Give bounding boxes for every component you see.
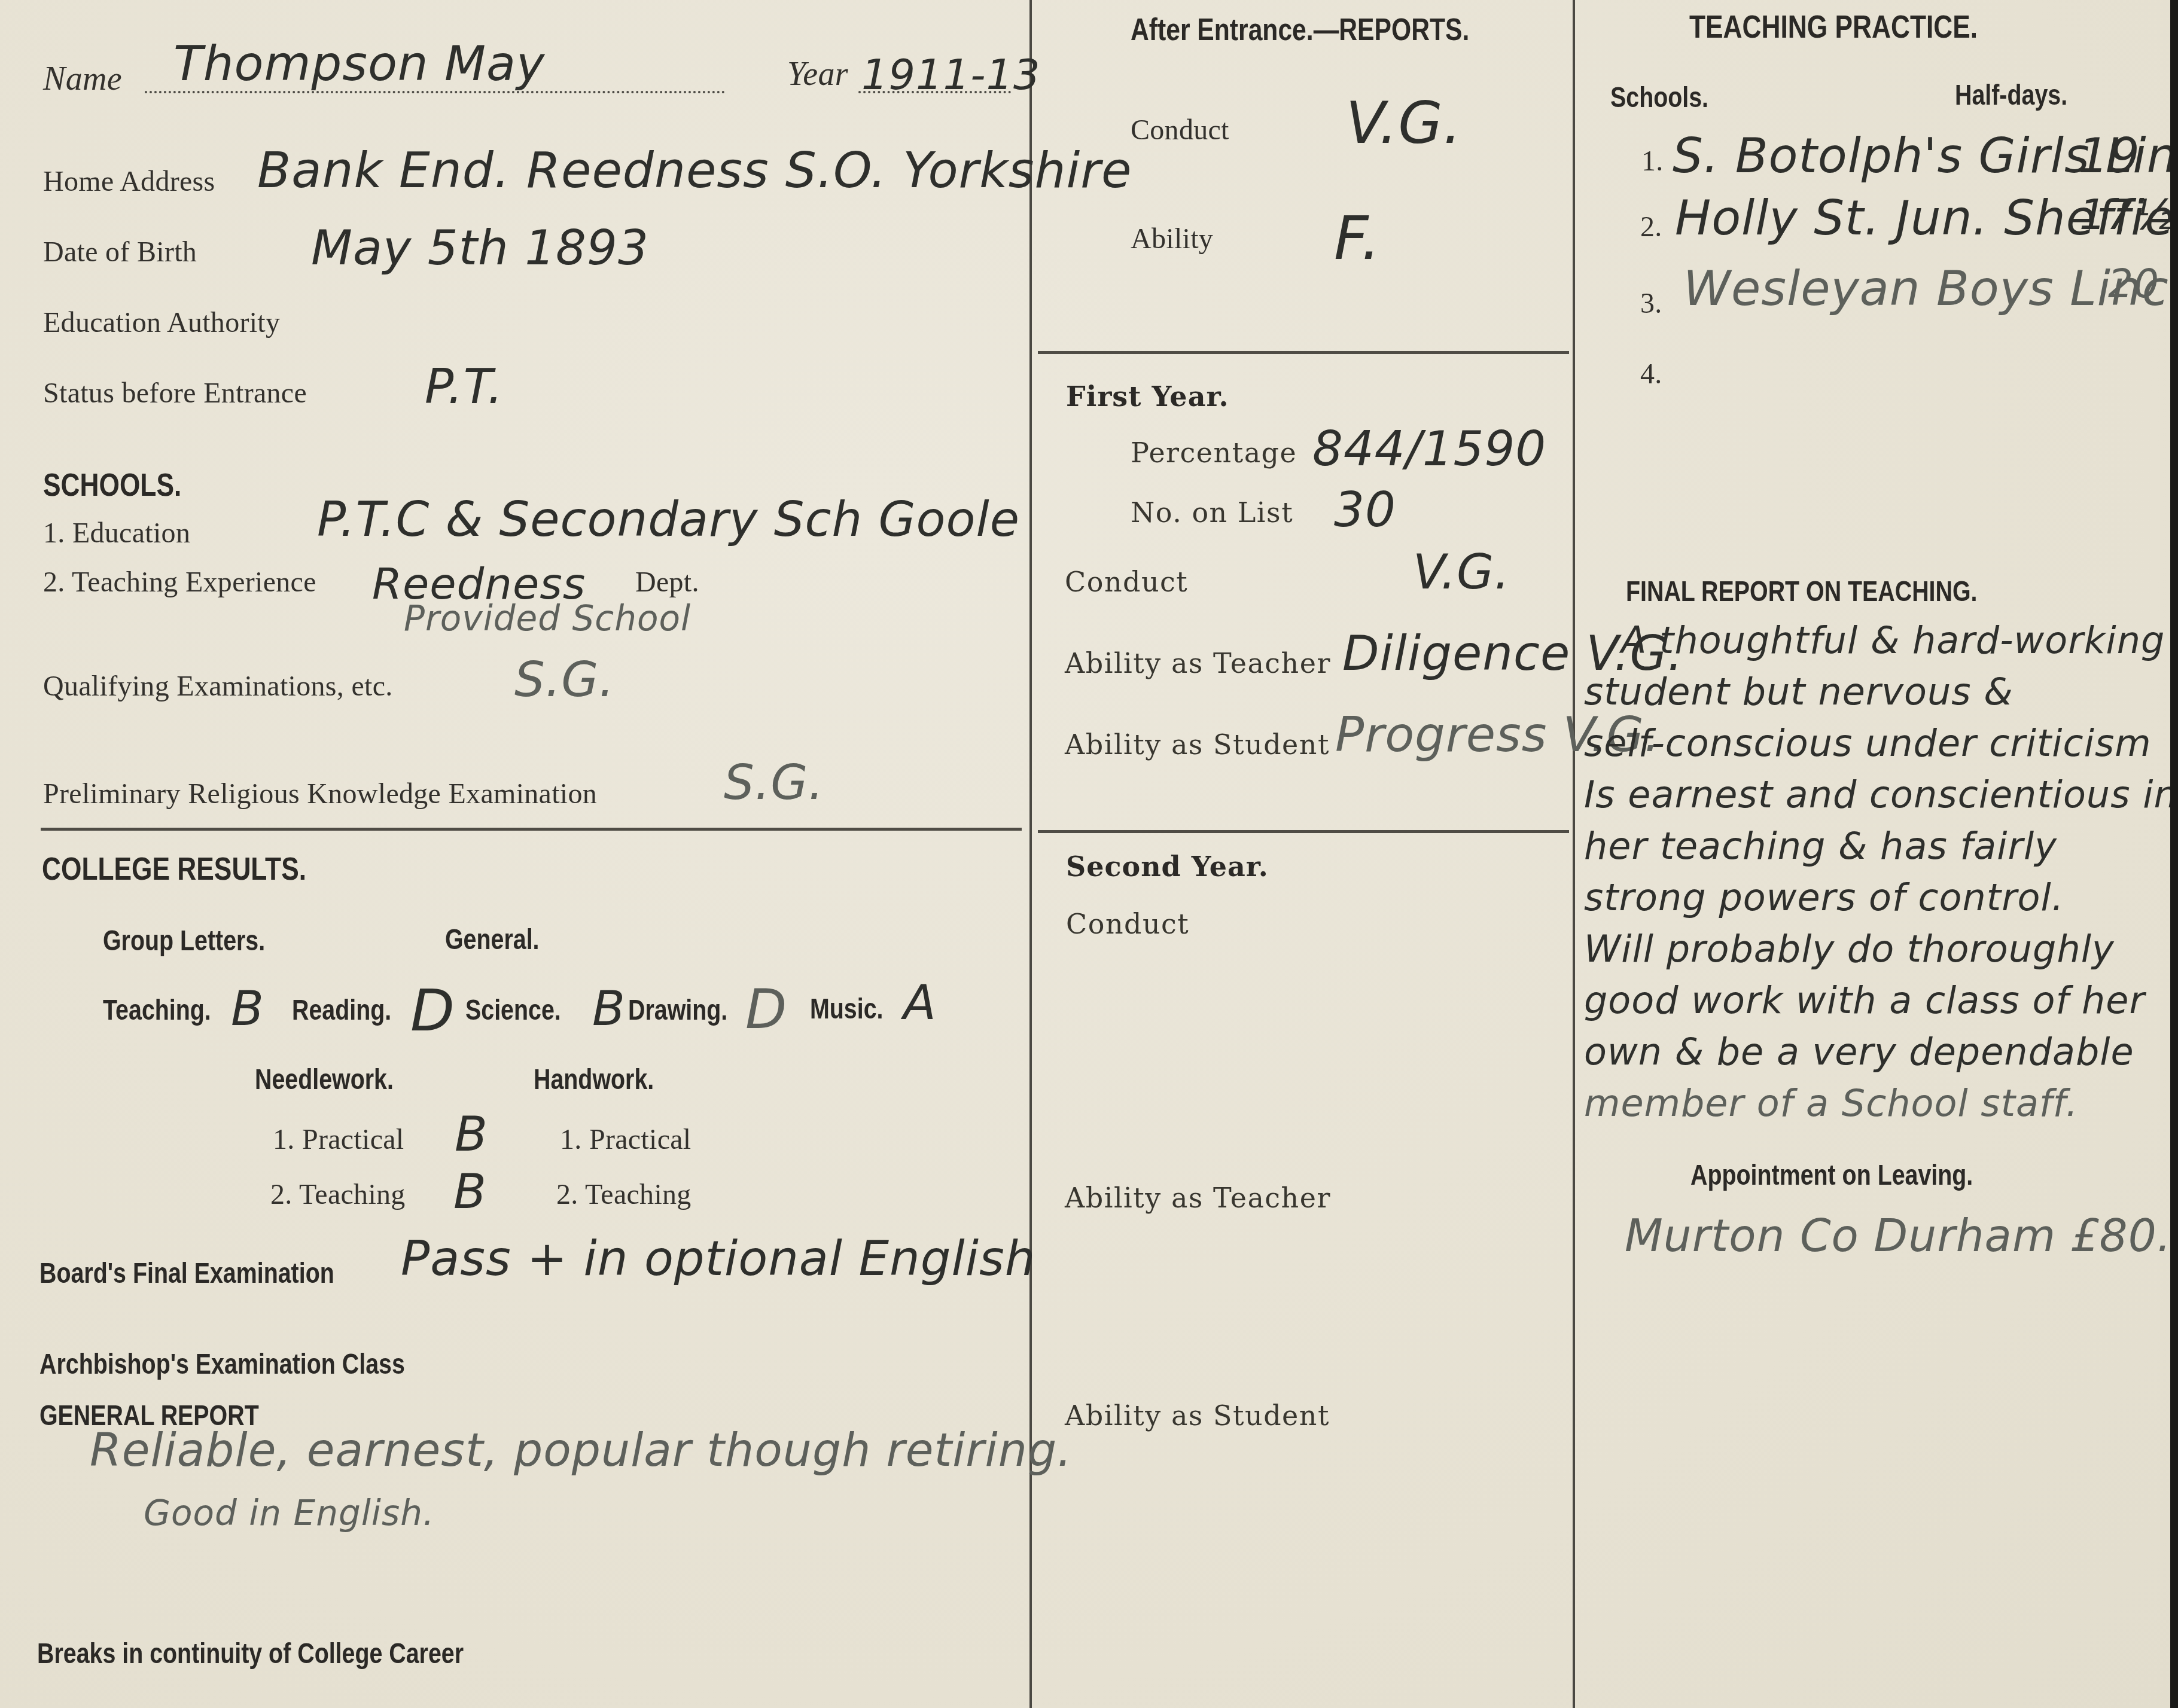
- first-year-student-label: Ability as Student: [1065, 728, 1330, 761]
- general-report-line-1: Reliable, earnest, popular though retiri…: [90, 1423, 1072, 1477]
- schools-heading: SCHOOLS.: [43, 466, 181, 504]
- final-report-heading: FINAL REPORT ON TEACHING.: [1626, 575, 1978, 608]
- home-address-label: Home Address: [43, 165, 215, 198]
- qualifying-exams-value: S.G.: [514, 652, 615, 707]
- breaks-continuity-label: Breaks in continuity of College Career: [37, 1637, 464, 1670]
- teaching-experience-value-2: Provided School: [404, 598, 691, 639]
- no-on-list-label: No. on List: [1131, 496, 1293, 529]
- handwork-label: Handwork.: [534, 1063, 654, 1096]
- needlework-teaching-grade: B: [453, 1164, 487, 1219]
- no-on-list-value: 30: [1334, 482, 1396, 538]
- year-value: 1911-13: [861, 50, 1040, 99]
- general-label: General.: [445, 923, 540, 956]
- handwork-practical-label: 1. Practical: [560, 1123, 692, 1156]
- subject-drawing-grade: D: [745, 978, 787, 1041]
- qualifying-exams-label: Qualifying Examinations, etc.: [43, 670, 393, 703]
- needlework-teaching-label: 2. Teaching: [270, 1178, 406, 1211]
- final-report-line-7: Will probably do thoroughly: [1584, 923, 2178, 975]
- education-authority-label: Education Authority: [43, 306, 280, 339]
- subject-music-grade: A: [903, 975, 937, 1030]
- card-right-edge-shadow: [2170, 0, 2178, 1708]
- after-entrance-conduct-value: V.G.: [1346, 90, 1462, 157]
- practice-row-3-halfdays: 20: [2108, 261, 2159, 307]
- final-report-line-1: A thoughtful & hard-working: [1584, 615, 2178, 666]
- after-entrance-conduct-label: Conduct: [1131, 114, 1229, 147]
- home-address-value: Bank End. Reedness S.O. Yorkshire: [257, 142, 1132, 199]
- practice-row-3-num: 3.: [1640, 287, 1662, 320]
- archbishop-exam-label: Archbishop's Examination Class: [39, 1348, 405, 1381]
- second-year-student-label: Ability as Student: [1065, 1399, 1330, 1432]
- after-entrance-ability-label: Ability: [1131, 222, 1213, 255]
- appointment-heading: Appointment on Leaving.: [1690, 1159, 1973, 1192]
- dob-value: May 5th 1893: [311, 220, 649, 276]
- left-section-divider: [41, 828, 1022, 831]
- final-report-line-2: student but nervous &: [1584, 666, 2178, 718]
- percentage-label: Percentage: [1131, 437, 1297, 469]
- college-results-heading: COLLEGE RESULTS.: [42, 850, 306, 887]
- final-report-line-5: her teaching & has fairly: [1584, 821, 2178, 872]
- after-entrance-ability-value: F.: [1334, 203, 1381, 273]
- subject-reading-grade: D: [410, 977, 455, 1044]
- column-divider-right: [1573, 0, 1575, 1708]
- prelim-religious-value: S.G.: [724, 755, 824, 810]
- dept-label: Dept.: [635, 566, 699, 599]
- final-report-text: A thoughtful & hard-working student but …: [1584, 615, 2178, 1129]
- group-letters-label: Group Letters.: [103, 925, 265, 957]
- practice-row-4-num: 4.: [1640, 358, 1662, 391]
- appointment-value: Murton Co Durham £80.: [1625, 1210, 2171, 1262]
- middle-divider-1: [1038, 351, 1569, 354]
- practice-row-1-num: 1.: [1641, 145, 1664, 178]
- practice-row-1-halfdays: 19: [2078, 128, 2140, 184]
- needlework-practical-grade: B: [455, 1106, 488, 1162]
- general-report-line-2: Good in English.: [144, 1493, 434, 1533]
- halfdays-column-label: Half-days.: [1955, 79, 2067, 112]
- subject-reading-label: Reading.: [292, 994, 391, 1027]
- subject-teaching-label: Teaching.: [103, 994, 211, 1027]
- second-year-conduct-label: Conduct: [1066, 908, 1189, 940]
- subject-drawing-label: Drawing.: [628, 994, 727, 1027]
- practice-row-3-school: Wesleyan Boys Lincoln: [1683, 261, 2178, 316]
- final-report-line-9: own & be a very dependable: [1584, 1026, 2178, 1078]
- prelim-religious-label: Preliminary Religious Knowledge Examinat…: [43, 777, 597, 810]
- status-value: P.T.: [425, 359, 503, 414]
- handwork-teaching-label: 2. Teaching: [556, 1178, 692, 1211]
- middle-divider-2: [1038, 830, 1569, 833]
- after-entrance-heading: After Entrance.—REPORTS.: [1131, 12, 1469, 48]
- status-label: Status before Entrance: [43, 377, 307, 410]
- needlework-label: Needlework.: [255, 1063, 394, 1096]
- name-label: Name: [43, 60, 122, 98]
- schools-column-label: Schools.: [1610, 81, 1708, 114]
- practice-row-2-num: 2.: [1640, 211, 1662, 243]
- year-label: Year: [787, 55, 848, 93]
- practice-row-2-halfdays: 17½: [2079, 190, 2175, 239]
- first-year-heading: First Year.: [1066, 380, 1229, 413]
- boards-final-label: Board's Final Examination: [39, 1257, 334, 1290]
- first-year-teacher-label: Ability as Teacher: [1065, 647, 1331, 679]
- subject-science-grade: B: [592, 981, 626, 1036]
- first-year-conduct-label: Conduct: [1065, 566, 1188, 598]
- percentage-value: 844/1590: [1312, 421, 1546, 477]
- needlework-practical-label: 1. Practical: [273, 1123, 404, 1156]
- student-record-card: Name Thompson May Year 1911-13 Home Addr…: [0, 0, 2170, 1708]
- dob-label: Date of Birth: [43, 236, 197, 269]
- final-report-line-4: Is earnest and conscientious in: [1584, 769, 2178, 821]
- subject-music-label: Music.: [810, 993, 883, 1026]
- subject-teaching-grade: B: [231, 981, 264, 1036]
- name-value: Thompson May: [173, 36, 545, 91]
- final-report-line-8: good work with a class of her: [1584, 975, 2178, 1026]
- second-year-teacher-label: Ability as Teacher: [1065, 1182, 1331, 1214]
- boards-final-value: Pass + in optional English: [401, 1231, 1035, 1286]
- first-year-conduct-value: V.G.: [1413, 544, 1510, 600]
- teaching-practice-heading: TEACHING PRACTICE.: [1689, 8, 1978, 45]
- education-value: P.T.C & Secondary Sch Goole: [317, 492, 1020, 547]
- final-report-line-3: self-conscious under criticism: [1584, 718, 2178, 769]
- final-report-line-10: member of a School staff.: [1584, 1078, 2178, 1129]
- teaching-experience-label: 2. Teaching Experience: [43, 566, 316, 599]
- second-year-heading: Second Year.: [1066, 850, 1269, 883]
- subject-science-label: Science.: [465, 994, 561, 1027]
- final-report-line-6: strong powers of control.: [1584, 872, 2178, 923]
- education-label: 1. Education: [43, 517, 190, 550]
